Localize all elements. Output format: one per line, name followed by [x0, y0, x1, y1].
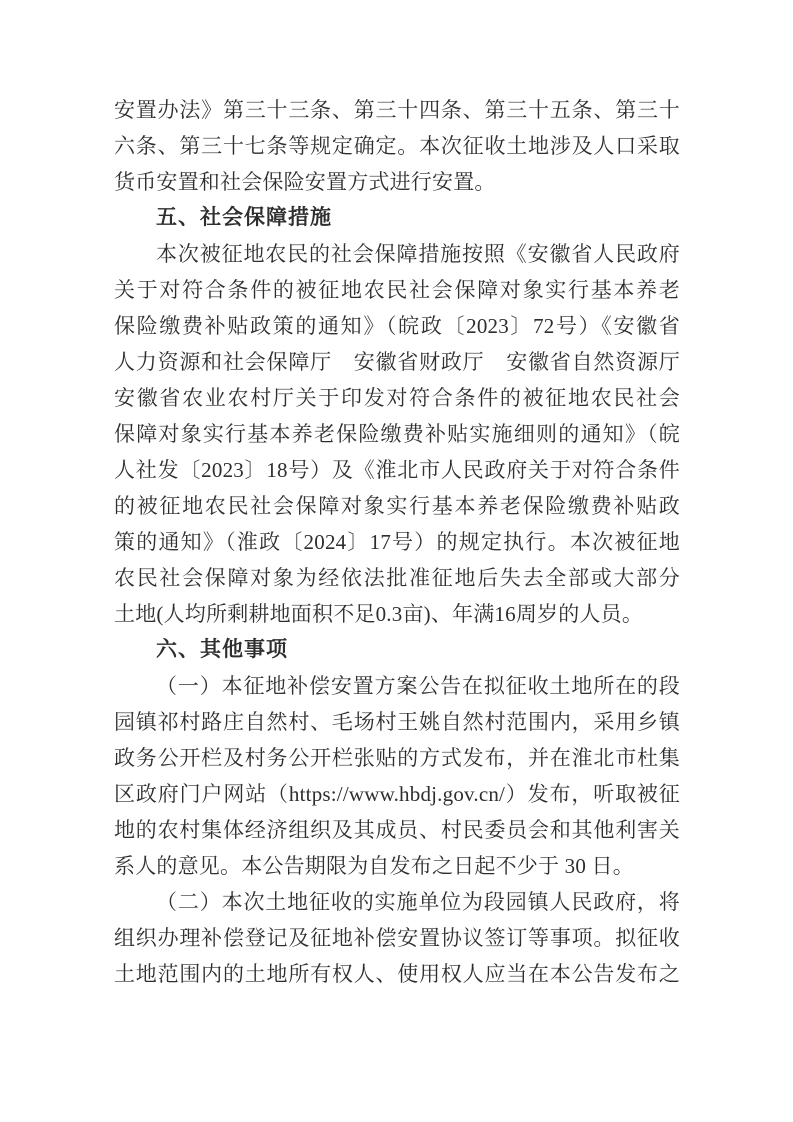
text-line: 园镇祁村路庄自然村、毛场村王姚自然村范围内，采用乡镇	[114, 704, 680, 740]
text-line: 土地(人均所剩耕地面积不足0.3亩)、年满16周岁的人员。	[114, 596, 680, 632]
text-line: 货币安置和社会保险安置方式进行安置。	[114, 164, 680, 200]
text-line: 人社发〔2023〕18号）及《淮北市人民政府关于对符合条件	[114, 452, 680, 488]
text-line: 安徽省农业农村厅关于印发对符合条件的被征地农民社会	[114, 380, 680, 416]
text-line: 保险缴费补贴政策的通知》（皖政〔2023〕72号）《安徽省	[114, 308, 680, 344]
document-page: 安置办法》第三十三条、第三十四条、第三十五条、第三十六条、第三十七条等规定确定。…	[0, 0, 793, 1122]
text-line: 的被征地农民社会保障对象实行基本养老保险缴费补贴政	[114, 488, 680, 524]
para-other-matters-item-2: （二）本次土地征收的实施单位为段园镇人民政府，将组织办理补偿登记及征地补偿安置协…	[114, 884, 680, 992]
text-line: 人力资源和社会保障厅 安徽省财政厅 安徽省自然资源厅	[114, 344, 680, 380]
heading-section-5-social-security: 五、社会保障措施	[114, 200, 680, 236]
text-line: 农民社会保障对象为经依法批准征地后失去全部或大部分	[114, 560, 680, 596]
text-line: 关于对符合条件的被征地农民社会保障对象实行基本养老	[114, 272, 680, 308]
text-line: 土地范围内的土地所有权人、使用权人应当在本公告发布之	[114, 956, 680, 992]
section-heading: 六、其他事项	[114, 632, 680, 668]
text-line: 保障对象实行基本养老保险缴费补贴实施细则的通知》（皖	[114, 416, 680, 452]
heading-section-6-other-matters: 六、其他事项	[114, 632, 680, 668]
para-resettlement-method-continued: 安置办法》第三十三条、第三十四条、第三十五条、第三十六条、第三十七条等规定确定。…	[114, 92, 680, 200]
text-line: 安置办法》第三十三条、第三十四条、第三十五条、第三十	[114, 92, 680, 128]
para-other-matters-item-1: （一）本征地补偿安置方案公告在拟征收土地所在的段园镇祁村路庄自然村、毛场村王姚自…	[114, 668, 680, 884]
text-line: 地的农村集体经济组织及其成员、村民委员会和其他利害关	[114, 812, 680, 848]
text-line: 组织办理补偿登记及征地补偿安置协议签订等事项。拟征收	[114, 920, 680, 956]
text-line: 区政府门户网站（https://www.hbdj.gov.cn/）发布，听取被征	[114, 776, 680, 812]
text-line: 政务公开栏及村务公开栏张贴的方式发布，并在淮北市杜集	[114, 740, 680, 776]
document-body: 安置办法》第三十三条、第三十四条、第三十五条、第三十六条、第三十七条等规定确定。…	[114, 92, 680, 992]
text-line: 本次被征地农民的社会保障措施按照《安徽省人民政府	[114, 236, 680, 272]
text-line: 系人的意见。本公告期限为自发布之日起不少于 30 日。	[114, 848, 680, 884]
text-line: 策的通知》（淮政〔2024〕17号）的规定执行。本次被征地	[114, 524, 680, 560]
text-line: （二）本次土地征收的实施单位为段园镇人民政府，将	[114, 884, 680, 920]
text-line: （一）本征地补偿安置方案公告在拟征收土地所在的段	[114, 668, 680, 704]
section-heading: 五、社会保障措施	[114, 200, 680, 236]
para-social-security-measures: 本次被征地农民的社会保障措施按照《安徽省人民政府关于对符合条件的被征地农民社会保…	[114, 236, 680, 632]
text-line: 六条、第三十七条等规定确定。本次征收土地涉及人口采取	[114, 128, 680, 164]
